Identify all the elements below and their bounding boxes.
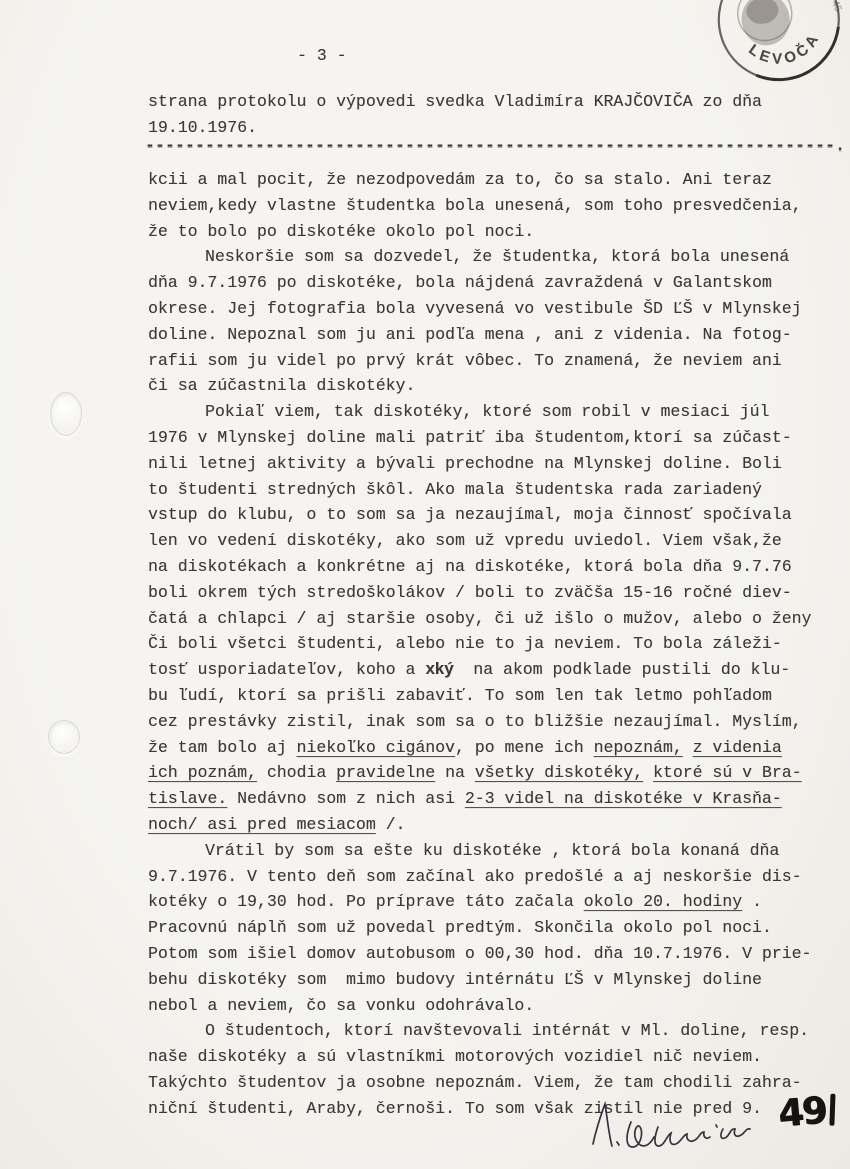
text-line: že tam bolo aj niekoľko cigánov, po mene… [148, 735, 811, 761]
typed-text: dňa 9.7.1976 po diskotéke, bola nájdená … [148, 273, 772, 292]
typed-text: Potom som išiel domov autobusom o 00,30 … [148, 944, 811, 963]
text-line: noch/ asi pred mesiacom /. [148, 812, 811, 838]
text-line: Či boli všetci študenti, alebo nie to ja… [148, 631, 811, 657]
hole-punch-top [50, 392, 82, 436]
underlined-text: ich poznám, [148, 763, 257, 782]
text-line: tislave. Nedávno som z nich asi 2-3 vide… [148, 786, 811, 812]
text-line: okrese. Jej fotografia bola vyvesená vo … [148, 296, 811, 322]
page-mark-number: 49 [776, 1088, 827, 1135]
text-line: Takýchto študentov ja osobne nepoznám. V… [148, 1070, 811, 1096]
typed-text: doline. Nepoznal som ju ani podľa mena ,… [148, 325, 792, 344]
typed-text: na [435, 763, 475, 782]
text-line: O študentoch, ktorí navštevovali intérná… [148, 1018, 811, 1044]
document-body: kcii a mal pocit, že nezodpovedám za to,… [148, 167, 811, 1121]
header-line-1: strana protokolu o výpovedi svedka Vladi… [148, 92, 762, 111]
typed-text: . [742, 892, 762, 911]
text-line: naše diskotéky a sú vlastníkmi motorovýc… [148, 1044, 811, 1070]
typed-text: Takýchto študentov ja osobne nepoznám. V… [148, 1073, 802, 1092]
typed-text: neviem,kedy vlastne študentka bola unese… [148, 196, 802, 215]
typed-text: Vrátil by som sa ešte ku diskotéke , kto… [205, 841, 779, 860]
underlined-text: nepoznám, [594, 738, 683, 757]
text-line: boli okrem tých stredoškolákov / boli to… [148, 580, 811, 606]
page-mark-handwritten: 49 [776, 1088, 836, 1136]
text-line: Pokiaľ viem, tak diskotéky, ktoré som ro… [148, 399, 811, 425]
underlined-text: 2-3 videl na diskotéke v Krasňa- [465, 789, 782, 808]
underlined-text: ktoré sú v Bra- [653, 763, 802, 782]
underlined-text: tislave. [148, 789, 227, 808]
page-number: - 3 - [297, 46, 347, 65]
text-line: nebol a neviem, čo sa vonku odohrávalo. [148, 993, 811, 1019]
typed-text: /. [376, 815, 406, 834]
header-line-2: 19.10.1976. [148, 118, 257, 137]
text-line: behu diskotéky som mimo budovy intérnátu… [148, 967, 811, 993]
typed-text: kcii a mal pocit, že nezodpovedám za to,… [148, 170, 772, 189]
underlined-text: okolo 20. hodiny [584, 892, 742, 911]
page-mark-stroke [829, 1093, 835, 1125]
typed-text: okrese. Jej fotografia bola vyvesená vo … [148, 299, 802, 318]
text-line: tosť usporiadateľov, koho a xký na akom … [148, 657, 811, 683]
text-line: to študenti stredných škôl. Ako mala štu… [148, 477, 811, 503]
typed-text: nili letnej aktivity a bývali prechodne … [148, 454, 782, 473]
typed-text: 1976 v Mlynskej doline mali patriť iba š… [148, 428, 792, 447]
typed-text: tosť usporiadateľov, koho a [148, 660, 425, 679]
typed-text [643, 763, 653, 782]
typed-text: bu ľudí, ktorí sa prišli zabaviť. To som… [148, 686, 772, 705]
text-line: či sa zúčastnila diskotéky. [148, 373, 811, 399]
text-line: bu ľudí, ktorí sa prišli zabaviť. To som… [148, 683, 811, 709]
text-line: doline. Nepoznal som ju ani podľa mena ,… [148, 322, 811, 348]
underlined-text: pravidelne [336, 763, 435, 782]
typed-text: či sa zúčastnila diskotéky. [148, 376, 415, 395]
typed-text: chodia [257, 763, 336, 782]
typed-text: Či boli všetci študenti, alebo nie to ja… [148, 634, 782, 653]
text-line: kotéky o 19,30 hod. Po príprave táto zač… [148, 889, 811, 915]
underlined-text: všetky diskotéky, [475, 763, 643, 782]
text-line: ich poznám, chodia pravidelne na všetky … [148, 760, 811, 786]
text-line: 1976 v Mlynskej doline mali patriť iba š… [148, 425, 811, 451]
typed-text: 9.7.1976. V tento deň som začínal ako pr… [148, 867, 802, 886]
typed-text: na akom podklade pustili do klu- [453, 660, 790, 679]
struck-over-text: xký [425, 660, 453, 679]
text-line: čatá a chlapci / aj staršie osoby, či už… [148, 606, 811, 632]
typed-text: Pracovnú náplň som už povedal predtým. S… [148, 918, 772, 937]
underlined-text: niekoľko cigánov [297, 738, 455, 757]
typed-text: , po mene ich [455, 738, 594, 757]
typed-text: Pokiaľ viem, tak diskotéky, ktoré som ro… [205, 402, 769, 421]
typed-text: kotéky o 19,30 hod. Po príprave táto zač… [148, 892, 584, 911]
typed-text: naše diskotéky a sú vlastníkmi motorovýc… [148, 1047, 762, 1066]
hole-punch-bottom [48, 720, 80, 754]
text-line: vstup do klubu, o to som sa ja nezaujíma… [148, 502, 811, 528]
typed-text: Nedávno som z nich asi [227, 789, 465, 808]
typed-text: len vo vedení diskotéky, ako som už vpre… [148, 531, 782, 550]
typed-text [683, 738, 693, 757]
document-page: LEVOČA 45 - 3 - strana protokolu o výpov… [0, 0, 850, 1169]
typed-text: boli okrem tých stredoškolákov / boli to… [148, 583, 792, 602]
text-line: dňa 9.7.1976 po diskotéke, bola nájdená … [148, 270, 811, 296]
text-line: kcii a mal pocit, že nezodpovedám za to,… [148, 167, 811, 193]
text-line: Vrátil by som sa ešte ku diskotéke , kto… [148, 838, 811, 864]
divider-line: ----------------------------------------… [145, 136, 845, 155]
typed-text: nebol a neviem, čo sa vonku odohrávalo. [148, 996, 534, 1015]
text-line: na diskotékach a konkrétne aj na diskoté… [148, 554, 811, 580]
typed-text: Neskoršie som sa dozvedel, že študentka,… [205, 247, 789, 266]
text-line: Potom som išiel domov autobusom o 00,30 … [148, 941, 811, 967]
text-line: rafii som ju videl po prvý krát vôbec. T… [148, 348, 811, 374]
typed-text: čatá a chlapci / aj staršie osoby, či už… [148, 609, 811, 628]
signature-handwritten [585, 1096, 795, 1166]
typed-text: vstup do klubu, o to som sa ja nezaujíma… [148, 505, 792, 524]
typed-text: rafii som ju videl po prvý krát vôbec. T… [148, 351, 782, 370]
typed-text: cez prestávky zistil, inak som sa o to b… [148, 712, 802, 731]
text-line: nili letnej aktivity a bývali prechodne … [148, 451, 811, 477]
underlined-text: noch/ asi pred mesiacom [148, 815, 376, 834]
typed-text: že to bolo po diskotéke okolo pol noci. [148, 222, 534, 241]
text-line: neviem,kedy vlastne študentka bola unese… [148, 193, 811, 219]
text-line: Pracovnú náplň som už povedal predtým. S… [148, 915, 811, 941]
typed-text: na diskotékach a konkrétne aj na diskoté… [148, 557, 792, 576]
typed-text: O študentoch, ktorí navštevovali intérná… [205, 1021, 809, 1040]
signature-stroke [593, 1104, 750, 1147]
typed-text: behu diskotéky som mimo budovy intérnátu… [148, 970, 762, 989]
text-line: Neskoršie som sa dozvedel, že študentka,… [148, 244, 811, 270]
stamp-side-text: 45 [829, 0, 844, 14]
text-line: 9.7.1976. V tento deň som začínal ako pr… [148, 864, 811, 890]
typed-text: že tam bolo aj [148, 738, 297, 757]
text-line: len vo vedení diskotéky, ako som už vpre… [148, 528, 811, 554]
typed-text: to študenti stredných škôl. Ako mala štu… [148, 480, 762, 499]
text-line: že to bolo po diskotéke okolo pol noci. [148, 219, 811, 245]
text-line: cez prestávky zistil, inak som sa o to b… [148, 709, 811, 735]
underlined-text: z videnia [693, 738, 782, 757]
